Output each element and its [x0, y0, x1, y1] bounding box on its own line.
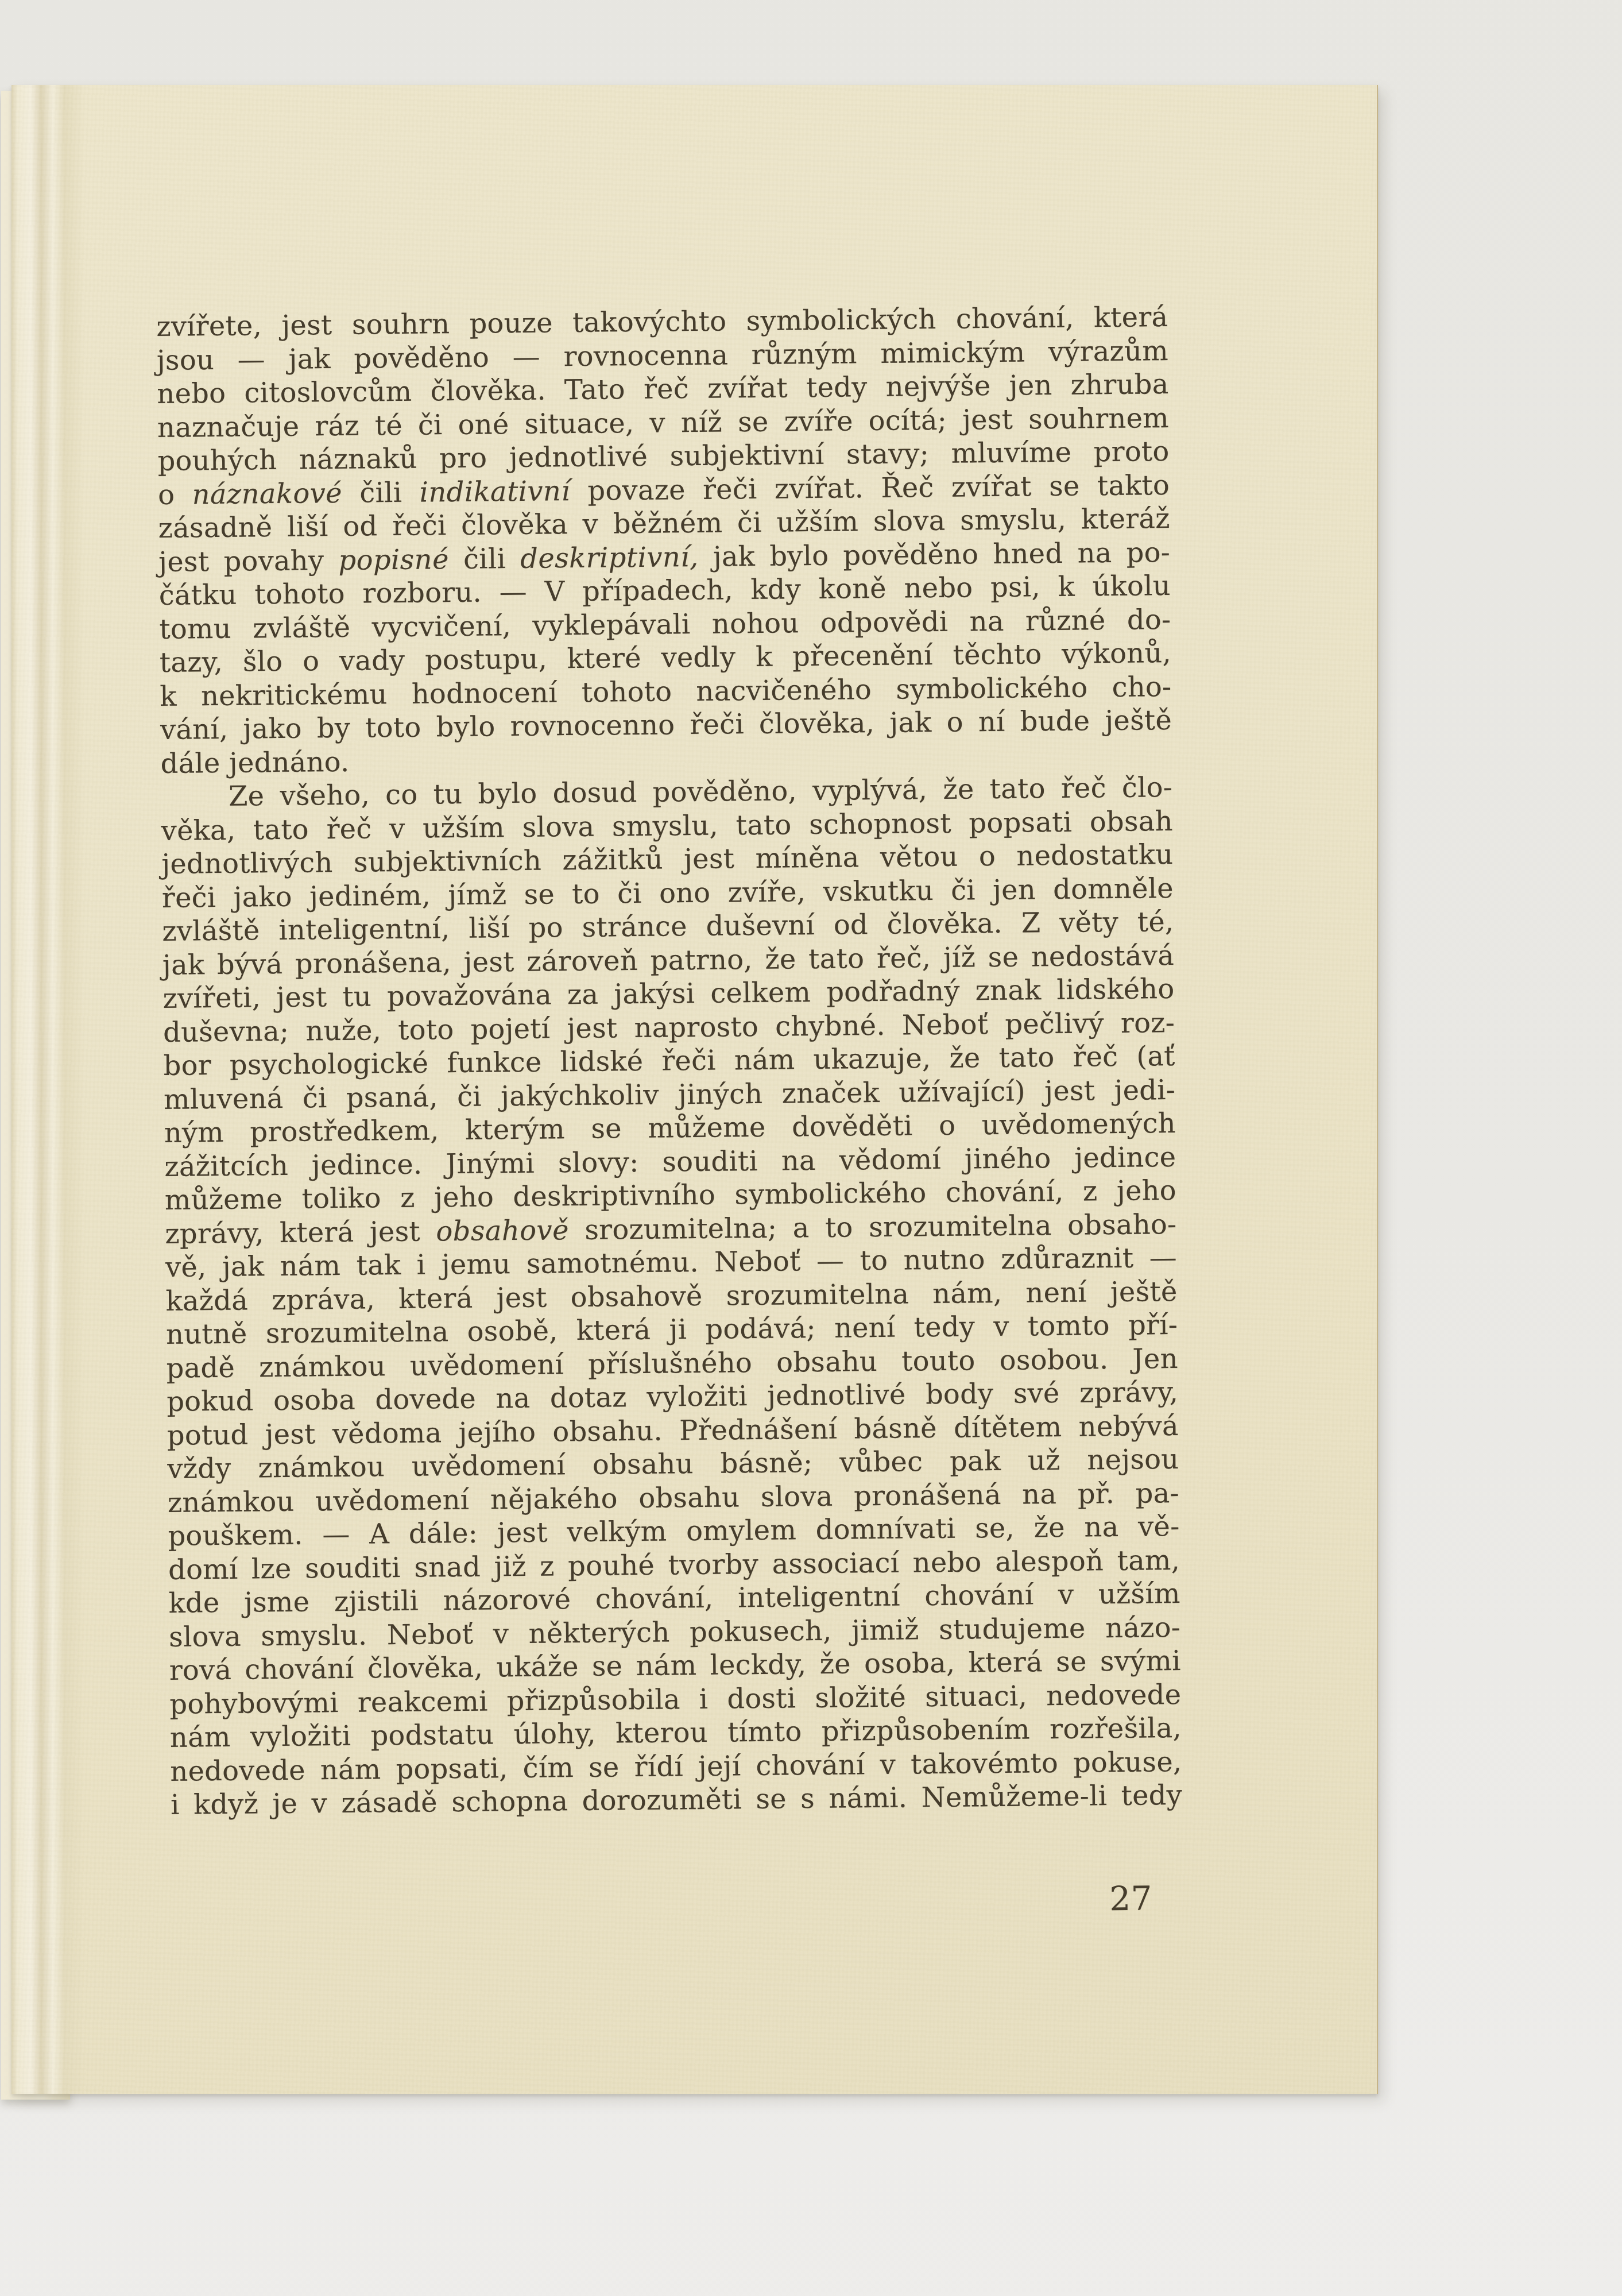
book-page: zvířete, jest souhrn pouze takovýchto sy… — [11, 85, 1378, 2094]
scanned-book: zvířete, jest souhrn pouze takovýchto sy… — [3, 85, 1377, 2096]
paragraph: zvířete, jest souhrn pouze takovýchto sy… — [156, 300, 1172, 780]
page-text: zvířete, jest souhrn pouze takovýchto sy… — [156, 300, 1183, 1924]
paragraph: Ze všeho, co tu bylo dosud pověděno, vyp… — [161, 771, 1182, 1822]
paragraphs: zvířete, jest souhrn pouze takovýchto sy… — [156, 300, 1182, 1822]
